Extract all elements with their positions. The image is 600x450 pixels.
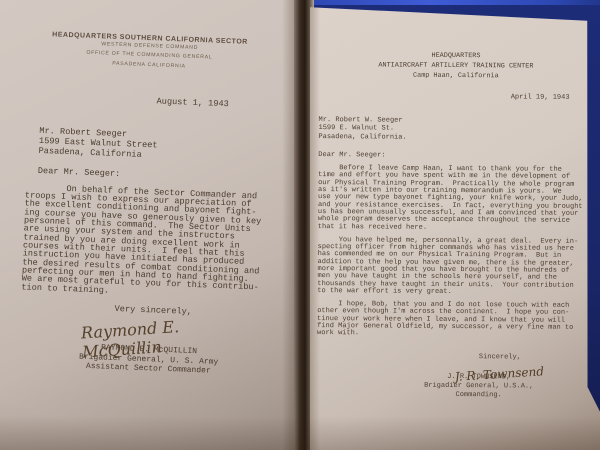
right-letter-recipient-address: Mr. Robert W. Seeger 1599 E. Walnut St. …	[318, 116, 598, 144]
left-letter: HEADQUARTERS SOUTHERN CALIFORNIA SECTOR …	[0, 0, 294, 380]
left-letter-recipient-address: Mr. Robert Seeger 1599 East Walnut Stree…	[38, 126, 289, 166]
left-letter-page: HEADQUARTERS SOUTHERN CALIFORNIA SECTOR …	[0, 0, 298, 450]
photo-of-two-letters: HEADQUARTERS SOUTHERN CALIFORNIA SECTOR …	[0, 0, 600, 450]
right-letterhead-line3: Camp Haan, California	[313, 71, 599, 83]
right-letter-paragraph-2: You have helped me, personnally, a great…	[317, 237, 597, 297]
right-letter: HEADQUARTERS ANTIAIRCRAFT ARTILLERY TRAI…	[311, 0, 600, 401]
blue-background-stripe	[292, 0, 600, 5]
left-letter-body: On behalf of the Sector Commander and tr…	[21, 183, 287, 301]
right-letter-date: April 19, 1943	[511, 93, 599, 102]
left-letterhead: HEADQUARTERS SOUTHERN CALIFORNIA SECTOR …	[6, 0, 294, 76]
right-letter-paragraph-3: I hope, Bob, that you and I do not lose …	[317, 301, 597, 339]
right-letter-salutation: Dear Mr. Seeger:	[318, 151, 598, 161]
left-letter-salutation: Dear Mr. Seeger:	[38, 165, 288, 185]
right-letter-page: HEADQUARTERS ANTIAIRCRAFT ARTILLERY TRAI…	[310, 0, 600, 450]
right-letter-paragraph-1: Before I leave Camp Haan, I want to than…	[318, 165, 598, 233]
left-letter-date: August 1, 1943	[156, 96, 290, 111]
right-letter-closing: Sincerely,	[479, 353, 597, 362]
right-letterhead: HEADQUARTERS ANTIAIRCRAFT ARTILLERY TRAI…	[313, 0, 600, 83]
